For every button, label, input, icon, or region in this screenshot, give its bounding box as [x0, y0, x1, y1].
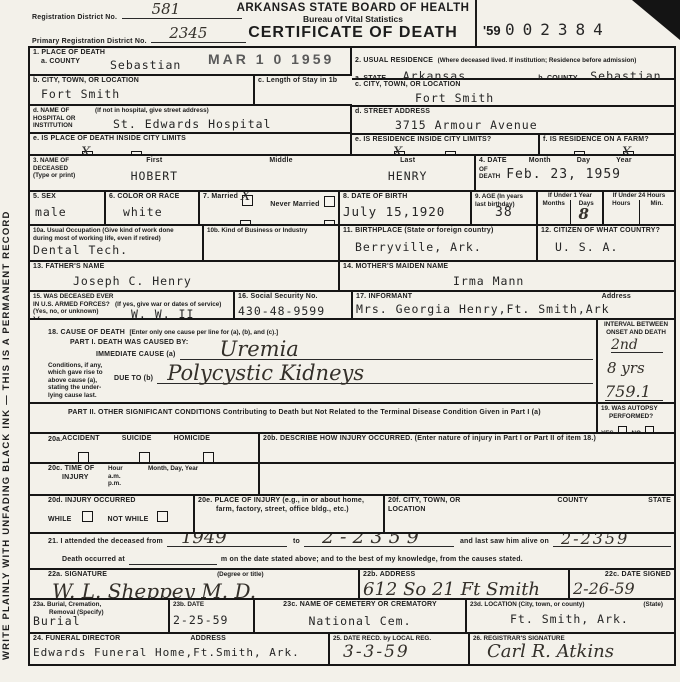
date-of-death-label-1: 4. DATE	[479, 157, 507, 166]
field-birthplace: 11. BIRTHPLACE (State or foreign country…	[340, 226, 538, 260]
field-autopsy: 19. WAS AUTOPSY PERFORMED? YES NO	[598, 404, 674, 432]
field-age: 9. AGE (In years last birthday) 38	[472, 192, 538, 224]
certificate-header: Registration District No. 581 Primary Re…	[28, 0, 680, 46]
injury-county-label: COUNTY	[557, 497, 588, 515]
length-of-stay-label: c. Length of Stay in 1b	[258, 77, 349, 86]
informant-label: 17. INFORMANT	[356, 293, 412, 302]
ssn-value: 430-48-9599	[238, 306, 348, 318]
cause-a-handwriting: Uremia	[220, 339, 299, 360]
to-label: to	[293, 538, 300, 547]
field-mother-maiden-name: 14. MOTHER'S MAIDEN NAME Irma Mann	[340, 262, 674, 290]
min-header: Min.	[650, 200, 663, 207]
burial-date-label: 23b. DATE	[173, 601, 250, 609]
citizen-country-label: 12. CITIZEN OF WHAT COUNTRY?	[541, 227, 671, 236]
county-value: Sebastian	[110, 60, 181, 72]
death-occurred-at-label: Death occurred at	[62, 556, 125, 565]
armed-forces-label: 15. WAS DECEASED EVER IN U.S. ARMED FORC…	[33, 293, 115, 308]
serial-number: 002384	[505, 20, 611, 39]
conditions-note-3: above cause (a),	[48, 377, 114, 385]
physician-signature-handwriting: W. L. Sheppey M. D.	[52, 581, 355, 598]
row-burial: 23a. Burial, Cremation, Removal (Specify…	[30, 600, 674, 634]
first-name-value: HOBERT	[91, 171, 218, 183]
residence-limits-yes-checkbox: X	[394, 151, 405, 154]
age-value: 38	[495, 206, 533, 219]
date-of-birth-value: July 15,1920	[343, 206, 467, 219]
yes-x-mark: X	[393, 145, 402, 154]
under-one-year-header: If Under 1 Year	[538, 192, 602, 200]
item-20a-number: 20a.	[48, 436, 62, 445]
funeral-director-value: Edwards Funeral Home,Ft.Smith, Ark.	[33, 647, 325, 658]
date-of-death-label-2: OF	[479, 166, 500, 174]
margin-permanent-record-note: WRITE PLAINLY WITH UNFADING BLACK INK — …	[1, 48, 12, 660]
physician-address-handwriting: 612 So 21 Ft Smith	[363, 581, 565, 598]
occupation-value: Dental Tech.	[33, 245, 199, 257]
section-place-of-death: 1. PLACE OF DEATH a. COUNTY Sebastian MA…	[30, 48, 352, 154]
yes-x-mark: X	[81, 145, 90, 154]
autopsy-label-2: PERFORMED?	[609, 413, 671, 421]
not-while-label: NOT WHILE	[107, 516, 148, 523]
field-residence-state-county: 2. USUAL RESIDENCE (Where deceased lived…	[352, 48, 674, 80]
field-time-of-injury: 20c. TIME OF INJURY Hour a.m. p.m. Month…	[30, 464, 260, 494]
last-name-header: Last	[344, 157, 471, 166]
death-city-limits-no-checkbox	[131, 151, 142, 154]
board-of-health-title: ARKANSAS STATE BOARD OF HEALTH	[233, 2, 473, 14]
field-time-of-injury-blank	[260, 464, 674, 494]
hospital-label-3: INSTITUTION	[33, 122, 95, 130]
date-of-birth-label: 8. DATE OF BIRTH	[343, 193, 467, 202]
death-certificate-page: WRITE PLAINLY WITH UNFADING BLACK INK — …	[0, 0, 680, 682]
cause-of-death-note: [Enter only one cause per line for (a), …	[129, 329, 278, 336]
row-armed-forces-ssn-informant: 15. WAS DECEASED EVER IN U.S. ARMED FORC…	[30, 292, 674, 320]
field-color-or-race: 6. COLOR OR RACE white	[106, 192, 200, 224]
married-x-mark: X	[241, 192, 250, 204]
burial-value: Burial	[33, 616, 165, 628]
death-city-limits-yes-checkbox: X	[82, 151, 93, 154]
interval-a-handwriting: 2nd	[611, 338, 663, 353]
hospital-value: St. Edwards Hospital	[113, 119, 347, 131]
street-address-value: 3715 Armour Avenue	[395, 120, 671, 132]
row-place-and-residence: 1. PLACE OF DEATH a. COUNTY Sebastian MA…	[30, 48, 674, 156]
cause-b-handwriting: Polycystic Kidneys	[167, 363, 364, 384]
autopsy-no-checkbox	[645, 426, 654, 432]
yes-label: YES	[601, 430, 614, 432]
name-label-3: (Type or print)	[33, 172, 91, 180]
certificate-form: 1. PLACE OF DEATH a. COUNTY Sebastian MA…	[28, 46, 676, 666]
attended-from-value: 1949	[181, 534, 227, 547]
months-header: Months	[543, 200, 565, 207]
header-divider-line	[475, 0, 477, 46]
burial-date-value: 2-25-59	[173, 615, 250, 627]
time-of-injury-label-1: 20c. TIME OF	[48, 465, 108, 474]
row-part2-autopsy: PART II. OTHER SIGNIFICANT CONDITIONS Co…	[30, 404, 674, 434]
residence-limits-label: e. IS RESIDENCE INSIDE CITY LIMITS?	[355, 136, 535, 145]
row-name-and-death-date: 3. NAME OF DECEASED (Type or print) Firs…	[30, 156, 674, 192]
funeral-director-label: 24. FUNERAL DIRECTOR	[33, 635, 120, 644]
homicide-checkbox	[203, 452, 214, 462]
field-interval-onset-death: INTERVAL BETWEEN ONSET AND DEATH 2nd 8 y…	[598, 320, 674, 402]
part1-label: PART I. DEATH WAS CAUSED BY:	[70, 339, 593, 348]
accident-label: ACCIDENT	[62, 435, 100, 444]
armed-forces-value: Yes	[33, 316, 115, 318]
field-cemetery-name: 23c. NAME OF CEMETERY OR CREMATORY Natio…	[255, 600, 467, 632]
field-hospital-name: d. NAME OF HOSPITAL OR INSTITUTION (If n…	[30, 106, 352, 134]
primary-district-label: Primary Registration District No.	[32, 38, 147, 45]
suicide-label: SUICIDE	[122, 435, 152, 444]
month-header: Month	[529, 157, 551, 166]
row-injury-location: 20d. INJURY OCCURRED WHILE NOT WHILE AT …	[30, 496, 674, 534]
cemetery-location-label: 23d. LOCATION (City, town, or county)	[470, 601, 585, 609]
attended-to-value: 2-2359	[322, 534, 425, 547]
field-date-signed: 22c. DATE SIGNED 2-26-59	[570, 570, 674, 598]
married-label: 7. Married	[203, 193, 238, 211]
no-x-marks: X X	[622, 145, 633, 154]
registrar-signature-handwriting: Carl R. Atkins	[487, 643, 671, 661]
residence-farm-no-checkbox: X X	[623, 151, 634, 154]
place-of-injury-label-2: farm, factory, street, office bldg., etc…	[216, 506, 380, 515]
field-part2-conditions: PART II. OTHER SIGNIFICANT CONDITIONS Co…	[30, 404, 598, 432]
row-physician-signature: 22a. SIGNATURE (Degree or title) W. L. S…	[30, 570, 674, 600]
row-attendance-statement: 21. I attended the deceased from 1949 to…	[30, 534, 674, 570]
suicide-checkbox	[139, 452, 150, 462]
occupation-label-1: 10a. Usual Occupation (Give kind of work…	[33, 227, 199, 235]
field-physician-signature: 22a. SIGNATURE (Degree or title) W. L. S…	[30, 570, 360, 598]
row-accident-injury: ACCIDENT SUICIDE HOMICIDE 20a. 20b. DESC…	[30, 434, 674, 464]
field-cause-of-death: 18. CAUSE OF DEATH [Enter only one cause…	[30, 320, 598, 402]
last-name-value: HENRY	[344, 171, 471, 183]
row-time-of-injury: 20c. TIME OF INJURY Hour a.m. p.m. Month…	[30, 464, 674, 496]
field-informant: 17. INFORMANT Address Mrs. Georgia Henry…	[353, 292, 674, 318]
residence-city-value: Fort Smith	[415, 93, 671, 105]
field-father-name: 13. FATHER'S NAME Joseph C. Henry	[30, 262, 340, 290]
registration-district-value: 581	[152, 2, 181, 17]
field-marital-status: 7. Married Never Married X Widowed Divor…	[200, 192, 340, 224]
interval-header-2: ONSET AND DEATH	[601, 329, 671, 337]
interval-header-1: INTERVAL BETWEEN	[601, 321, 671, 329]
field-under-24-hours: If Under 24 Hours Hours Min.	[604, 192, 674, 224]
father-name-label: 13. FATHER'S NAME	[33, 263, 335, 272]
never-married-label: Never Married	[270, 201, 319, 208]
field-funeral-director: 24. FUNERAL DIRECTOR ADDRESS Edwards Fun…	[30, 634, 330, 664]
field-business-industry: 10b. Kind of Business or Industry	[204, 226, 340, 260]
field-attendance: 21. I attended the deceased from 1949 to…	[30, 534, 674, 568]
cause-code-handwriting: 759.1	[605, 384, 663, 401]
while-label: WHILE	[48, 516, 72, 523]
cemetery-value: National Cem.	[258, 616, 462, 628]
field-street-address: d. STREET ADDRESS 3715 Armour Avenue	[352, 107, 674, 134]
row-city-stay: b. CITY, TOWN, OR LOCATION Fort Smith c.…	[30, 76, 352, 106]
death-city-limits-label: e. IS PLACE OF DEATH INSIDE CITY LIMITS	[33, 135, 347, 144]
date-received-handwriting: 3-3-59	[343, 644, 465, 661]
conditions-note-5: lying cause last.	[48, 392, 114, 400]
widowed-checkbox	[240, 220, 251, 224]
certificate-title: CERTIFICATE OF DEATH	[233, 24, 473, 42]
father-name-value: Joseph C. Henry	[73, 276, 335, 288]
field-occupation: 10a. Usual Occupation (Give kind of work…	[30, 226, 204, 260]
row-funeral-registrar: 24. FUNERAL DIRECTOR ADDRESS Edwards Fun…	[30, 634, 674, 664]
registration-district-label: Registration District No.	[32, 14, 117, 21]
hour-label: Hour	[108, 465, 148, 473]
field-cemetery-location: 23d. LOCATION (City, town, or county) (S…	[467, 600, 674, 632]
ssn-label: 16. Social Security No.	[238, 293, 348, 302]
field-place-of-injury: 20e. PLACE OF INJURY (e.g., in or about …	[195, 496, 385, 532]
field-citizen-country: 12. CITIZEN OF WHAT COUNTRY? U. S. A.	[538, 226, 674, 260]
middle-name-header: Middle	[218, 157, 345, 166]
race-value: white	[123, 207, 195, 219]
residence-farm-yes-checkbox	[574, 151, 585, 154]
accident-checkbox	[78, 452, 89, 462]
autopsy-yes-checkbox	[618, 426, 627, 432]
pm-label: p.m.	[108, 480, 148, 488]
field-armed-forces: 15. WAS DECEASED EVER IN U.S. ARMED FORC…	[30, 292, 235, 318]
death-occurred-statement: m on the date stated above; and to the b…	[221, 556, 523, 565]
place-of-injury-label-1: 20e. PLACE OF INJURY (e.g., in or about …	[198, 497, 380, 506]
divorced-checkbox	[324, 220, 335, 224]
mother-maiden-value: Irma Mann	[453, 276, 671, 288]
informant-value: Mrs. Georgia Henry,Ft. Smith,Ark	[356, 304, 671, 316]
field-date-received: 25. DATE RECD. by LOCAL REG. 3-3-59	[330, 634, 470, 664]
sex-label: 5. SEX	[33, 193, 101, 202]
autopsy-label-1: 19. WAS AUTOPSY	[601, 405, 671, 413]
cemetery-label: 23c. NAME OF CEMETERY OR CREMATORY	[258, 601, 462, 610]
name-label-2: DECEASED	[33, 165, 91, 173]
injury-city-label: 20f. CITY, TOWN, OR LOCATION	[388, 497, 497, 515]
residence-farm-label: f. IS RESIDENCE ON A FARM?	[543, 136, 671, 145]
date-of-death-value: Feb. 23, 1959	[506, 168, 621, 181]
injury-occurred-label: 20d. INJURY OCCURRED	[48, 497, 190, 506]
immediate-cause-label: IMMEDIATE CAUSE (a)	[96, 351, 176, 360]
occupation-label-2: during most of working life, even if ret…	[33, 235, 199, 243]
row-sex-race-marital-birth-age: 5. SEX male 6. COLOR OR RACE white 7. Ma…	[30, 192, 674, 226]
not-while-at-work-checkbox	[157, 511, 168, 522]
date-signed-handwriting: 2-26-59	[573, 581, 671, 597]
sex-value: male	[35, 207, 101, 219]
usual-residence-title: 2. USUAL RESIDENCE	[355, 57, 433, 64]
interval-b-handwriting: 8 yrs	[607, 361, 671, 376]
part2-label: PART II. OTHER SIGNIFICANT CONDITIONS Co…	[68, 409, 593, 418]
am-label: a.m.	[108, 473, 148, 481]
field-sex: 5. SEX male	[30, 192, 106, 224]
field-residence-inside-limits: e. IS RESIDENCE INSIDE CITY LIMITS? YES …	[352, 135, 540, 155]
birthplace-label: 11. BIRTHPLACE (State or foreign country…	[343, 227, 533, 236]
due-to-b-label: DUE TO (b)	[114, 375, 153, 384]
field-injury-city-county-state: 20f. CITY, TOWN, OR LOCATION COUNTY STAT…	[385, 496, 674, 532]
field-city-of-death: b. CITY, TOWN, OR LOCATION Fort Smith	[30, 76, 255, 104]
city-of-death-value: Fort Smith	[41, 89, 250, 101]
primary-district-value: 2345	[169, 26, 207, 41]
bureau-subtitle: Bureau of Vital Statistics	[233, 14, 473, 24]
never-married-checkbox	[324, 196, 335, 207]
describe-injury-label: 20b. DESCRIBE HOW INJURY OCCURRED. (Ente…	[263, 435, 671, 444]
usual-residence-note: (Where deceased lived. If institution; R…	[438, 57, 637, 64]
field-describe-injury: 20b. DESCRIBE HOW INJURY OCCURRED. (Ente…	[260, 434, 674, 462]
date-of-death-label-3: DEATH	[479, 173, 500, 181]
funeral-address-label: ADDRESS	[190, 635, 226, 644]
last-saw-alive-value: 2-2359	[561, 534, 629, 547]
field-registrar-signature: 26. REGISTRAR'S SIGNATURE Carl R. Atkins	[470, 634, 674, 664]
age-label-1: 9. AGE (In years	[475, 193, 533, 201]
field-date-of-death: 4. DATE Month Day Year OF DEATH Feb. 23,…	[476, 156, 674, 190]
field-social-security: 16. Social Security No. 430-48-9599	[235, 292, 353, 318]
race-label: 6. COLOR OR RACE	[109, 193, 195, 202]
corner-triangle-mark	[632, 0, 680, 40]
cause-of-death-title: 18. CAUSE OF DEATH	[48, 329, 125, 336]
field-burial-date: 23b. DATE 2-25-59	[170, 600, 255, 632]
armed-forces-war-value: W. W. II	[131, 309, 230, 318]
field-under-one-year: If Under 1 Year Months Days 8	[538, 192, 604, 224]
field-length-of-stay: c. Length of Stay in 1b	[255, 76, 352, 104]
field-residence-city: c. CITY, TOWN, OR LOCATION Fort Smith	[352, 80, 674, 107]
street-address-label: d. STREET ADDRESS	[355, 108, 671, 117]
mother-maiden-label: 14. MOTHER'S MAIDEN NAME	[343, 263, 671, 272]
hours-header: Hours	[612, 200, 630, 207]
row-residence-limits-farm: e. IS RESIDENCE INSIDE CITY LIMITS? YES …	[352, 135, 674, 155]
row-parents: 13. FATHER'S NAME Joseph C. Henry 14. MO…	[30, 262, 674, 292]
name-label-1: 3. NAME OF	[33, 157, 91, 165]
birthplace-value: Berryville, Ark.	[355, 242, 533, 254]
homicide-label: HOMICIDE	[174, 435, 211, 444]
cemetery-location-value: Ft. Smith, Ark.	[510, 614, 671, 626]
citizen-country-value: U. S. A.	[555, 242, 671, 254]
field-date-of-birth: 8. DATE OF BIRTH July 15,1920	[340, 192, 472, 224]
first-name-header: First	[91, 157, 218, 166]
field-burial-type: 23a. Burial, Cremation, Removal (Specify…	[30, 600, 170, 632]
month-day-year-label: Month, Day, Year	[148, 465, 198, 493]
days-value: 8	[579, 207, 589, 222]
field-injury-at-work: 20d. INJURY OCCURRED WHILE NOT WHILE AT …	[30, 496, 195, 532]
row-cause-of-death: 18. CAUSE OF DEATH [Enter only one cause…	[30, 320, 674, 404]
hours-subcol: Hours	[604, 200, 640, 224]
field-residence-on-farm: f. IS RESIDENCE ON A FARM? YES NO X X	[540, 135, 674, 155]
cemetery-state-label: (State)	[643, 601, 663, 609]
attended-from-label: 21. I attended the deceased from	[48, 538, 163, 547]
last-saw-alive-label: and last saw him alive on	[460, 538, 549, 547]
married-checkbox: X	[242, 195, 253, 206]
hospital-label-1: d. NAME OF	[33, 107, 95, 115]
day-header: Day	[577, 157, 590, 166]
days-subcol: Days 8	[571, 200, 603, 224]
burial-label-1: 23a. Burial, Cremation,	[33, 601, 165, 609]
no-label: NO	[632, 430, 641, 432]
hospital-note: (If not in hospital, give street address…	[95, 107, 347, 115]
year-header: Year	[616, 157, 632, 166]
conditions-note-1: Conditions, if any,	[48, 362, 114, 370]
field-accident-suicide-homicide: ACCIDENT SUICIDE HOMICIDE 20a.	[30, 434, 260, 462]
time-of-injury-label-2: INJURY	[62, 474, 108, 483]
city-of-death-label: b. CITY, TOWN, OR LOCATION	[33, 77, 250, 86]
min-subcol: Min.	[640, 200, 675, 224]
hospital-label-2: HOSPITAL OR	[33, 115, 95, 123]
section-usual-residence: 2. USUAL RESIDENCE (Where deceased lived…	[352, 48, 674, 154]
conditions-note-4: stating the under-	[48, 384, 114, 392]
field-name-of-deceased: 3. NAME OF DECEASED (Type or print) Firs…	[30, 156, 476, 190]
received-date-stamp: MAR 1 0 1959	[208, 51, 334, 67]
row-occupation-birthplace-citizen: 10a. Usual Occupation (Give kind of work…	[30, 226, 674, 262]
business-industry-label: 10b. Kind of Business or Industry	[207, 227, 335, 235]
field-physician-address: 22b. ADDRESS 612 So 21 Ft Smith	[360, 570, 570, 598]
serial-year: '59	[483, 23, 501, 38]
under-24-hours-header: If Under 24 Hours	[604, 192, 674, 200]
while-at-work-checkbox	[82, 511, 93, 522]
informant-address-label: Address	[602, 293, 631, 302]
residence-limits-no-checkbox	[445, 151, 456, 154]
injury-state-label: STATE	[648, 497, 671, 515]
months-subcol: Months	[538, 200, 571, 224]
conditions-note-2: which gave rise to	[48, 369, 114, 377]
field-death-inside-city-limits: e. IS PLACE OF DEATH INSIDE CITY LIMITS …	[30, 134, 352, 154]
field-county-of-death: 1. PLACE OF DEATH a. COUNTY Sebastian MA…	[30, 48, 352, 76]
residence-city-label: c. CITY, TOWN, OR LOCATION	[355, 81, 671, 90]
